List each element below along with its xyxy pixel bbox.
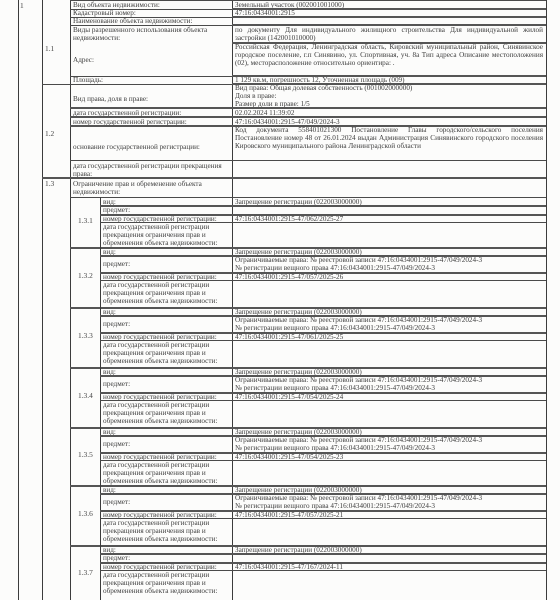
border-left xyxy=(18,0,19,600)
value-address: Российская Федерация, Ленинградская обла… xyxy=(235,43,543,67)
entry-subject-value: Ограничиваемые права: № реестровой запис… xyxy=(235,436,482,444)
entry-number: 1.3.1 xyxy=(78,216,93,225)
label-cadastral-number: Кадастровый номер: xyxy=(73,9,136,17)
entry-subject-value: № регистрации вещного права 47:16:043400… xyxy=(235,384,435,392)
entry-number: 1.3.3 xyxy=(78,331,93,340)
divider xyxy=(100,553,546,555)
entry-subject-label: предмет: xyxy=(103,206,130,214)
subsection-number-1-1: 1.1 xyxy=(45,44,54,53)
entry-number: 1.3.2 xyxy=(78,271,93,280)
restrictions-title: Ограничение прав и обременение объекта н… xyxy=(73,180,229,196)
entry-end-date-label: дата государственной регистрации прекращ… xyxy=(103,223,231,247)
entry-subject-value: Ограничиваемые права: № реестровой запис… xyxy=(235,316,482,324)
label-object-name: Наименование объекта недвижимости: xyxy=(73,17,192,25)
entry-subject-value: № регистрации вещного права 47:16:043400… xyxy=(235,502,435,510)
entry-end-date-label: дата государственной регистрации прекращ… xyxy=(103,281,231,305)
divider xyxy=(232,16,546,18)
entry-end-date-label: дата государственной регистрации прекращ… xyxy=(103,401,231,425)
label-object-type: Вид объекта недвижимости: xyxy=(73,1,160,9)
entry-subject-label: предмет: xyxy=(103,320,130,328)
section-number: 1 xyxy=(20,1,24,10)
divider xyxy=(70,160,546,161)
entry-subject-label: предмет: xyxy=(103,380,130,388)
entry-subject-label: предмет: xyxy=(103,440,130,448)
border-col2 xyxy=(70,0,71,600)
label-right-type: Вид права, доля в праве: xyxy=(73,95,148,103)
value-reg-basis: Код документа 558401021300 Постановление… xyxy=(235,126,543,150)
entry-subject-label: предмет: xyxy=(103,260,130,268)
entry-subject-label: предмет: xyxy=(103,554,130,562)
border-right xyxy=(546,0,547,600)
entry-subject-value: Ограничиваемые права: № реестровой запис… xyxy=(235,256,482,264)
value-right-type-line2: Доля в праве: xyxy=(235,92,276,100)
label-area: Площадь: xyxy=(73,76,103,84)
entry-number: 1.3.7 xyxy=(78,568,93,577)
entry-subject-value: Ограничиваемые права: № реестровой запис… xyxy=(235,376,482,384)
entry-end-date-label: дата государственной регистрации прекращ… xyxy=(103,461,231,485)
entry-subject-value: № регистрации вещного права 47:16:043400… xyxy=(235,444,435,452)
extract-document-page: 1 1.1 Вид объекта недвижимости: Земельны… xyxy=(0,0,560,600)
entry-end-date-label: дата государственной регистрации прекращ… xyxy=(103,571,231,595)
entry-subject-value: Ограничиваемые права: № реестровой запис… xyxy=(235,494,482,502)
entry-number: 1.3.5 xyxy=(78,450,93,459)
value-permitted-use: по документу Для индивидуального жилищно… xyxy=(235,26,543,42)
divider xyxy=(100,205,546,207)
subsection-number-1-3: 1.3 xyxy=(45,179,54,188)
value-right-type-line1: Вид права: Общая долевая собственность (… xyxy=(235,84,412,92)
border-col1 xyxy=(42,0,43,600)
subsection-number-1-2: 1.2 xyxy=(45,129,54,138)
divider xyxy=(42,84,232,85)
entry-number: 1.3.6 xyxy=(78,509,93,518)
entry-subject-label: предмет: xyxy=(103,498,130,506)
label-address: Адрес: xyxy=(73,56,94,64)
divider xyxy=(42,177,546,179)
label-permitted-use: Виды разрешенного использования объекта … xyxy=(73,26,229,42)
entry-end-date-label: дата государственной регистрации прекращ… xyxy=(103,341,231,365)
label-termination-date: дата государственной регистрации прекращ… xyxy=(73,162,229,178)
entry-subject-value: № регистрации вещного права 47:16:043400… xyxy=(235,264,435,272)
entry-end-date-label: дата государственной регистрации прекращ… xyxy=(103,519,231,543)
entry-number: 1.3.4 xyxy=(78,391,93,400)
label-reg-basis: основание государственной регистрации: xyxy=(73,143,200,151)
entry-subject-value: № регистрации вещного права 47:16:043400… xyxy=(235,324,435,332)
